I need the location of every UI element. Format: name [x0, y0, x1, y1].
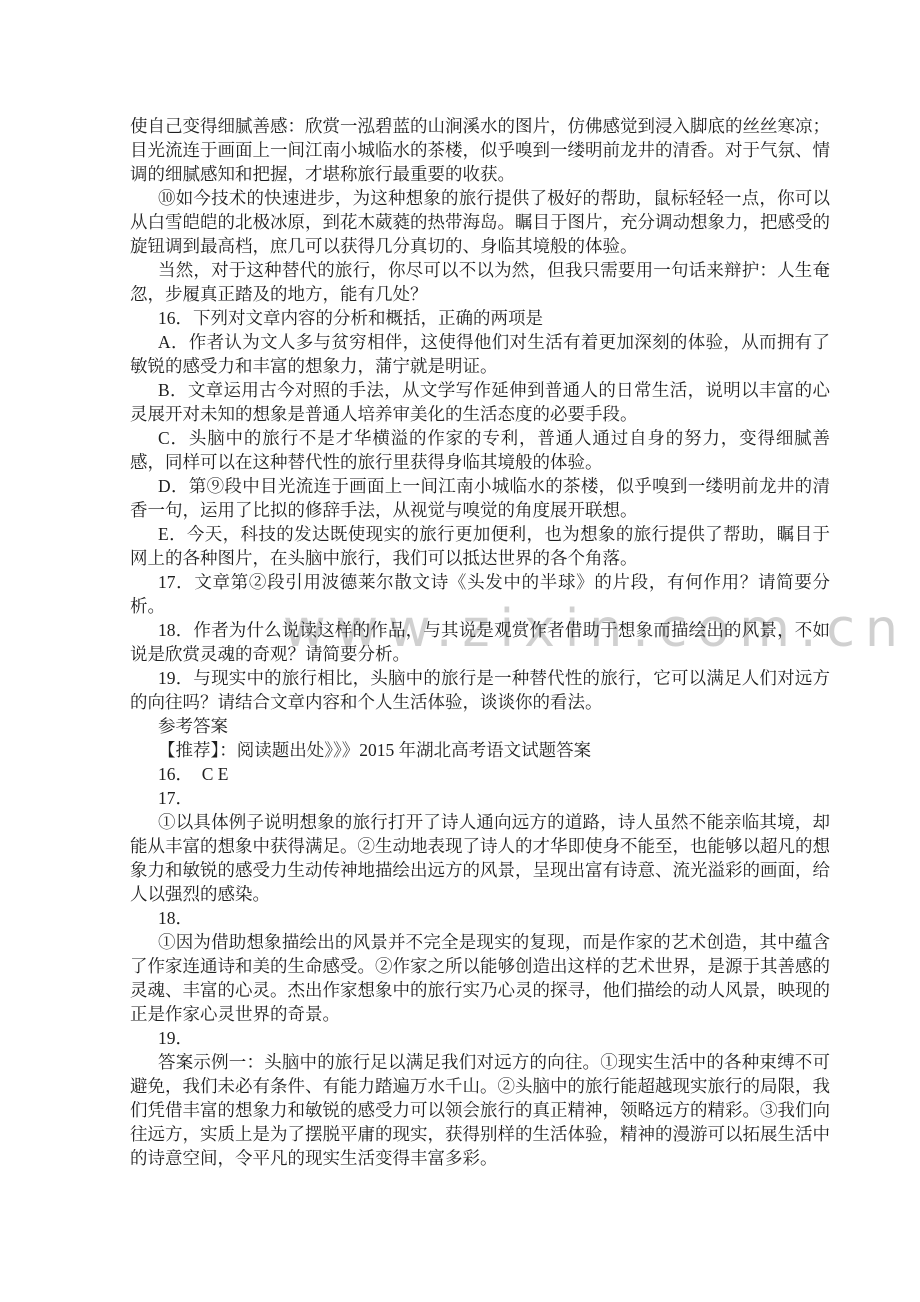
paragraph: 使自己变得细腻善感：欣赏一泓碧蓝的山涧溪水的图片，仿佛感觉到浸入脚底的丝丝寒凉；…	[130, 114, 830, 186]
paragraph: E．今天，科技的发达既使现实的旅行更加便利，也为想象的旅行提供了帮助，瞩目于网上…	[130, 522, 830, 570]
paragraph: 参考答案	[130, 714, 830, 738]
paragraph: C．头脑中的旅行不是才华横溢的作家的专利，普通人通过自身的努力，变得细腻善感，同…	[130, 426, 830, 474]
paragraph: 【推荐】：阅读题出处》》》2015 年湖北高考语文试题答案	[130, 738, 830, 762]
paragraph: B．文章运用古今对照的手法，从文学写作延伸到普通人的日常生活，说明以丰富的心灵展…	[130, 378, 830, 426]
paragraph: A．作者认为文人多与贫穷相伴，这使得他们对生活有着更加深刻的体验，从而拥有了敏锐…	[130, 330, 830, 378]
paragraph: 16． C E	[130, 762, 830, 786]
paragraph: 当然，对于这种替代的旅行，你尽可以不以为然，但我只需要用一句话来辩护：人生奄忽，…	[130, 258, 830, 306]
paragraph: 17．	[130, 786, 830, 810]
paragraph: 19．与现实中的旅行相比，头脑中的旅行是一种替代性的旅行，它可以满足人们对远方的…	[130, 666, 830, 714]
paragraph: ①因为借助想象描绘出的风景并不完全是现实的复现，而是作家的艺术创造，其中蕴含了作…	[130, 930, 830, 1026]
paragraph: 19．	[130, 1026, 830, 1050]
paragraph: 18．	[130, 906, 830, 930]
paragraph: 16．下列对文章内容的分析和概括，正确的两项是	[130, 306, 830, 330]
document-page: www.zixin.com.cn 使自己变得细腻善感：欣赏一泓碧蓝的山涧溪水的图…	[0, 0, 920, 1302]
document-content: 使自己变得细腻善感：欣赏一泓碧蓝的山涧溪水的图片，仿佛感觉到浸入脚底的丝丝寒凉；…	[130, 0, 830, 1170]
paragraph: 18．作者为什么说读这样的作品，与其说是观赏作者借助于想象而描绘出的风景，不如说…	[130, 618, 830, 666]
paragraph: D．第⑨段中目光流连于画面上一间江南小城临水的茶楼，似乎嗅到一缕明前龙井的清香一…	[130, 474, 830, 522]
paragraph: ⑩如今技术的快速进步，为这种想象的旅行提供了极好的帮助，鼠标轻轻一点，你可以从白…	[130, 186, 830, 258]
paragraph: 答案示例一：头脑中的旅行足以满足我们对远方的向往。①现实生活中的各种束缚不可避免…	[130, 1050, 830, 1170]
paragraph: ①以具体例子说明想象的旅行打开了诗人通向远方的道路，诗人虽然不能亲临其境，却能从…	[130, 810, 830, 906]
paragraph: 17．文章第②段引用波德莱尔散文诗《头发中的半球》的片段，有何作用？请简要分析。	[130, 570, 830, 618]
